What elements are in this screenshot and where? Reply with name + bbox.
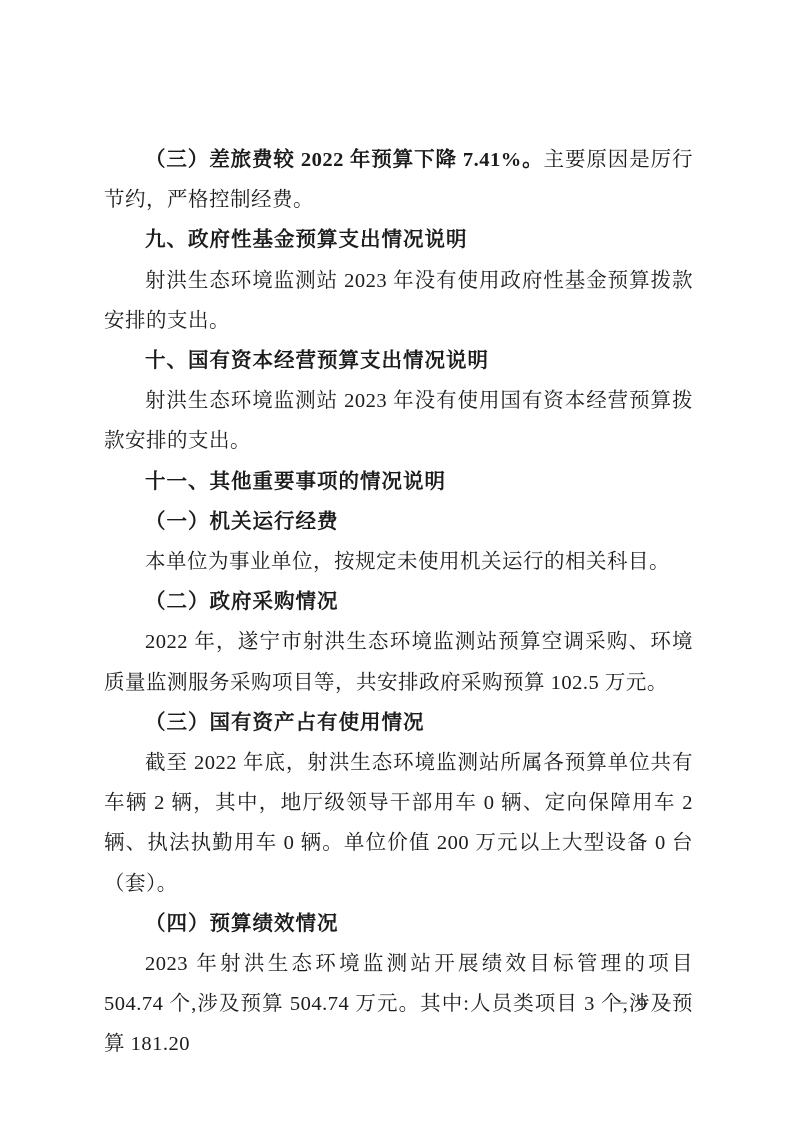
paragraph-government-procurement: 2022 年，遂宁市射洪生态环境监测站预算空调采购、环境质量监测服务采购项目等，… [104,622,693,702]
paragraph-travel-expense: （三）差旅费较 2022 年预算下降 7.41%。主要原因是厉行节约，严格控制经… [104,140,693,220]
heading-sub-3-state-asset-usage: （三）国有资产占有使用情况 [104,703,693,743]
heading-sub-2-government-procurement: （二）政府采购情况 [104,582,693,622]
heading-section-10-state-capital-budget: 十、国有资本经营预算支出情况说明 [104,341,693,381]
paragraph-agency-operating-funds: 本单位为事业单位，按规定未使用机关运行的相关科目。 [104,542,693,582]
paragraph-state-capital-budget: 射洪生态环境监测站 2023 年没有使用国有资本经营预算拨款安排的支出。 [104,381,693,461]
page-number: － 9 － [611,992,675,1016]
heading-sub-4-budget-performance: （四）预算绩效情况 [104,904,693,944]
document-body: （三）差旅费较 2022 年预算下降 7.41%。主要原因是厉行节约，严格控制经… [104,140,693,1065]
paragraph-travel-expense-bold-lead: （三）差旅费较 2022 年预算下降 7.41%。 [145,149,544,171]
heading-sub-1-agency-operating-funds: （一）机关运行经费 [104,502,693,542]
paragraph-budget-performance: 2023 年射洪生态环境监测站开展绩效目标管理的项目 504.74 个,涉及预算… [104,944,693,1065]
document-page: （三）差旅费较 2022 年预算下降 7.41%。主要原因是厉行节约，严格控制经… [0,0,793,1122]
heading-section-9-gov-fund-budget: 九、政府性基金预算支出情况说明 [104,220,693,260]
paragraph-state-asset-usage: 截至 2022 年底，射洪生态环境监测站所属各预算单位共有车辆 2 辆，其中，地… [104,743,693,904]
paragraph-gov-fund-budget: 射洪生态环境监测站 2023 年没有使用政府性基金预算拨款安排的支出。 [104,261,693,341]
heading-section-11-other-important-matters: 十一、其他重要事项的情况说明 [104,462,693,502]
